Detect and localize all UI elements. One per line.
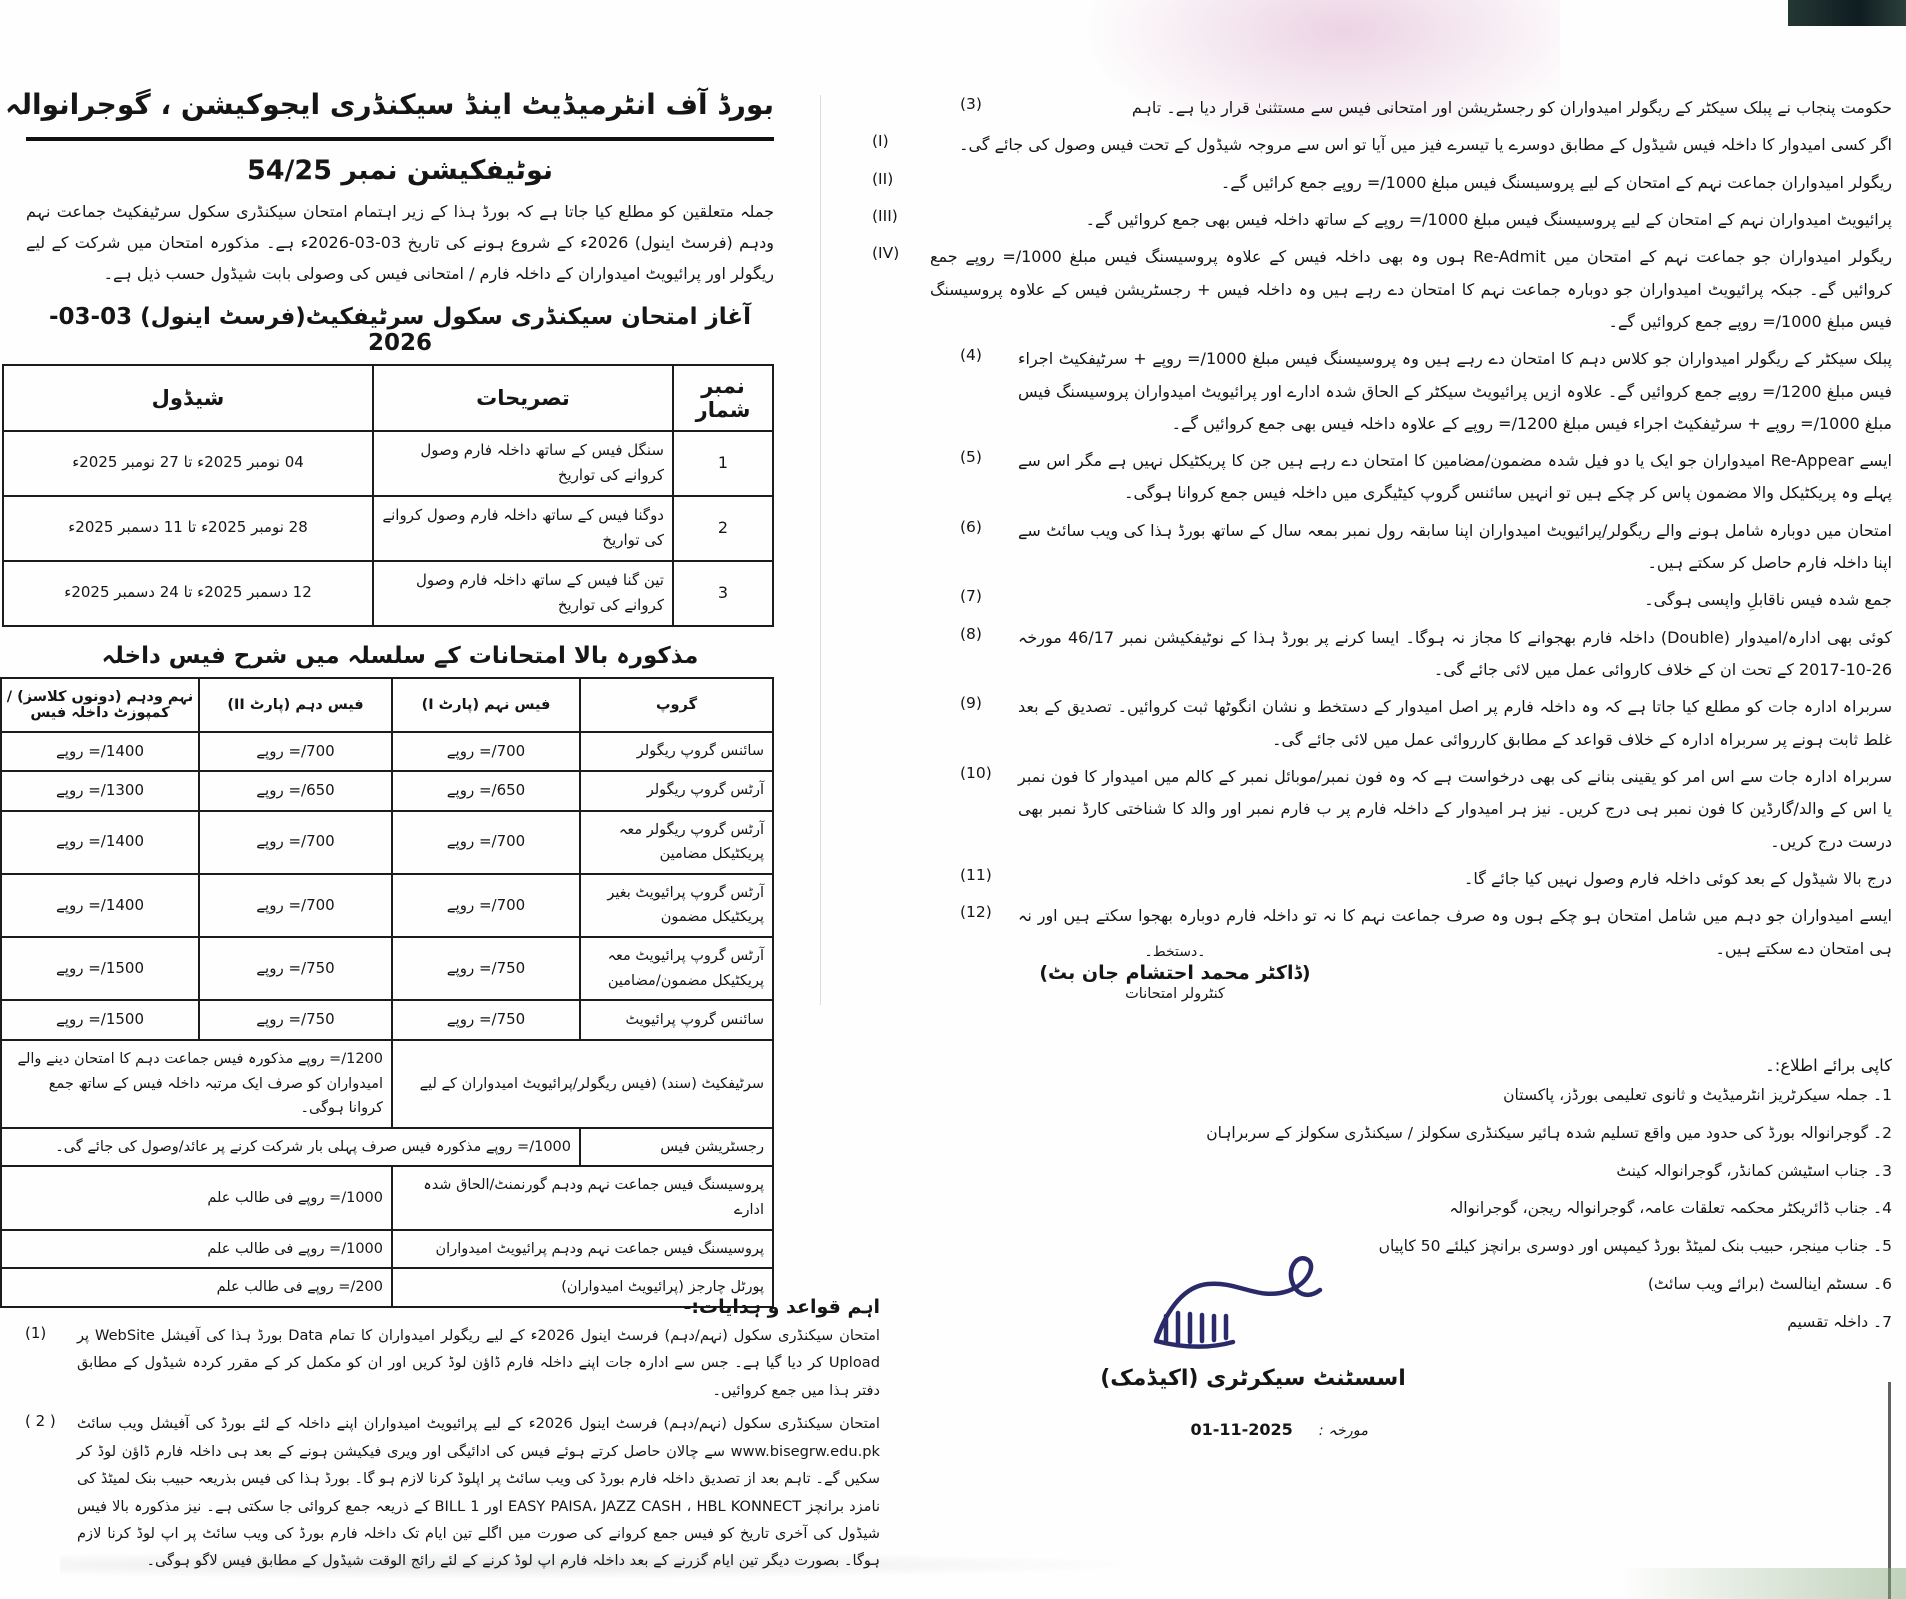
fees-extra-label: پروسیسنگ فیس جماعت نہم ودہم پرائیویٹ امی…	[392, 1230, 773, 1269]
point-item: (5) ایسے Re-Appear امیدواران جو ایک یا د…	[842, 445, 1892, 510]
signature-label: ۔دستخط۔	[1020, 944, 1330, 960]
fees-extra-value: 1000/= روپے مذکورہ فیس صرف پہلی بار شرکت…	[1, 1128, 580, 1167]
point-number: (3)	[960, 92, 1018, 124]
point-number: (II)	[872, 167, 930, 199]
schedule-row: 2 دوگنا فیس کے ساتھ داخلہ فارم وصول کروا…	[3, 496, 773, 561]
fees-cell-group: آرٹس گروپ ریگولر معہ پریکٹیکل مضامین	[580, 811, 773, 874]
schedule-row: 1 سنگل فیس کے ساتھ داخلہ فارم وصول کروان…	[3, 431, 773, 496]
intro-paragraph: جملہ متعلقین کو مطلع کیا جاتا ہے کہ بورڈ…	[26, 196, 774, 290]
schedule-heading: آغاز امتحان سیکنڈری سکول سرٹیفکیٹ(فرسٹ ا…	[26, 304, 774, 356]
schedule-cell-description: دوگنا فیس کے ساتھ داخلہ فارم وصول کروانے…	[373, 496, 673, 561]
point-item: (12) ایسے امیدواران جو دہم میں شامل امتح…	[842, 900, 1892, 965]
point-subitem: (II) ریگولر امیدواران جماعت نہم کے امتحا…	[842, 167, 1892, 199]
fees-cell-part2: 700/= روپے	[199, 732, 392, 772]
fees-cell-part1: 700/= روپے	[392, 811, 580, 874]
schedule-cell-serial: 1	[673, 431, 773, 496]
date-row: مورخہ : 01-11-2025	[1108, 1420, 1368, 1439]
point-number: (11)	[960, 863, 1018, 895]
fees-cell-part2: 700/= روپے	[199, 874, 392, 937]
notification-number-heading: نوٹیفکیشن نمبر 54/25	[26, 155, 774, 186]
board-title: بورڈ آف انٹرمیڈیٹ اینڈ سیکنڈری ایجوکیشن …	[26, 88, 774, 141]
fees-extra-value: 1000/= روپے فی طالب علم	[1, 1166, 392, 1229]
copy-item: 3۔ جناب اسٹیشن کمانڈر، گوجرانوالہ کینٹ	[1120, 1159, 1892, 1184]
instructions-heading: اہم قواعد و ہدایات:-	[25, 1296, 880, 1318]
instruction-text: امتحان سیکنڈری سکول (نہم/دہم) فرسٹ اینول…	[77, 1410, 880, 1575]
copy-item: 1۔ جملہ سیکرٹریز انٹرمیڈیٹ و ثانوی تعلیم…	[1120, 1083, 1892, 1108]
controller-signature-block: ۔دستخط۔ (ڈاکٹر محمد احتشام جان بٹ) کنٹرو…	[1020, 944, 1330, 1002]
point-text: درج بالا شیڈول کے بعد کوئی داخلہ فارم وص…	[1018, 863, 1892, 895]
fees-extra-row: سرٹیفکیٹ (سند) (فیس ریگولر/پرائیویٹ امید…	[1, 1040, 773, 1128]
fees-table: گروپ فیس نہم (پارٹ I) فیس دہم (پارٹ II) …	[0, 677, 774, 1308]
point-item: (4) پبلک سیکٹر کے ریگولر امیدواران جو کل…	[842, 343, 1892, 440]
instruction-number: (1)	[25, 1322, 77, 1404]
point-number: (10)	[960, 761, 1018, 858]
schedule-header-schedule: شیڈول	[3, 365, 373, 431]
point-text: پبلک سیکٹر کے ریگولر امیدواران جو کلاس د…	[1018, 343, 1892, 440]
schedule-cell-serial: 3	[673, 561, 773, 626]
fees-cell-part2: 700/= روپے	[199, 811, 392, 874]
fees-row: سائنس گروپ ریگولر 700/= روپے 700/= روپے …	[1, 732, 773, 772]
fees-cell-part1: 700/= روپے	[392, 732, 580, 772]
fees-heading: مذکورہ بالا امتحانات کے سلسلہ میں شرح فی…	[26, 643, 774, 669]
fees-extra-label: پروسیسنگ فیس جماعت نہم ودہم گورنمنٹ/الحا…	[392, 1166, 773, 1229]
date-label: مورخہ :	[1319, 1423, 1368, 1439]
copy-item: 2۔ گوجرانوالہ بورڈ کی حدود میں واقع تسلی…	[1120, 1121, 1892, 1146]
scan-edge-line	[1888, 1382, 1891, 1599]
point-item: (6) امتحان میں دوبارہ شامل ہونے والے ریگ…	[842, 515, 1892, 580]
fees-cell-composite: 1500/= روپے	[1, 1000, 199, 1040]
schedule-header-row: نمبر شمار تصریحات شیڈول	[3, 365, 773, 431]
fees-cell-group: سائنس گروپ ریگولر	[580, 732, 773, 772]
point-item: (7) جمع شدہ فیس ناقابلِ واپسی ہوگی۔	[842, 584, 1892, 616]
fees-extra-row: پروسیسنگ فیس جماعت نہم ودہم پرائیویٹ امی…	[1, 1230, 773, 1269]
controller-title: کنٹرولر امتحانات	[1020, 986, 1330, 1002]
point-number: (7)	[960, 584, 1018, 616]
fees-cell-composite: 1400/= روپے	[1, 874, 199, 937]
handwritten-signature-scribble	[1138, 1246, 1348, 1366]
fees-extra-value: 1200/= روپے مذکورہ فیس جماعت دہم کا امتح…	[1, 1040, 392, 1128]
point-number: (5)	[960, 445, 1018, 510]
point-text: اگر کسی امیدوار کا داخلہ فیس شیڈول کے مط…	[930, 129, 1892, 161]
point-text: ریگولر امیدواران جو جماعت نہم کے امتحان …	[930, 241, 1892, 338]
fees-cell-group: آرٹس گروپ پرائیویٹ بغیر پریکٹیکل مضمون	[580, 874, 773, 937]
point-number: (8)	[960, 622, 1018, 687]
point-text: امتحان میں دوبارہ شامل ہونے والے ریگولر/…	[1018, 515, 1892, 580]
point-number: (6)	[960, 515, 1018, 580]
point-text: ریگولر امیدواران جماعت نہم کے امتحان کے …	[930, 167, 1892, 199]
point-number: (I)	[872, 129, 930, 161]
fees-cell-group: سائنس گروپ پرائیویٹ	[580, 1000, 773, 1040]
fees-cell-composite: 1400/= روپے	[1, 732, 199, 772]
fees-cell-part1: 700/= روپے	[392, 874, 580, 937]
point-item: (8) کوئی بھی ادارہ/امیدوار (Double) داخل…	[842, 622, 1892, 687]
assistant-secretary-title: اسسٹنٹ سیکرٹری (اکیڈمک)	[1088, 1366, 1418, 1391]
copies-heading: کاپی برائے اطلاع:۔	[1120, 1056, 1892, 1075]
scan-smudge-bottom	[1620, 1568, 1906, 1599]
fees-extra-label: سرٹیفکیٹ (سند) (فیس ریگولر/پرائیویٹ امید…	[392, 1040, 773, 1128]
fees-row: آرٹس گروپ پرائیویٹ معہ پریکٹیکل مضمون/مض…	[1, 937, 773, 1000]
fees-row: آرٹس گروپ ریگولر 650/= روپے 650/= روپے 1…	[1, 771, 773, 811]
fees-extra-row: پروسیسنگ فیس جماعت نہم ودہم گورنمنٹ/الحا…	[1, 1166, 773, 1229]
fees-cell-part1: 650/= روپے	[392, 771, 580, 811]
left-column: بورڈ آف انٹرمیڈیٹ اینڈ سیکنڈری ایجوکیشن …	[26, 88, 774, 1308]
controller-name: (ڈاکٹر محمد احتشام جان بٹ)	[1020, 962, 1330, 984]
point-number: (IV)	[872, 241, 930, 338]
page-fold-line	[820, 95, 821, 1005]
fees-header-row: گروپ فیس نہم (پارٹ I) فیس دہم (پارٹ II) …	[1, 678, 773, 732]
point-item: (10) سربراہ ادارہ جات سے اس امر کو یقینی…	[842, 761, 1892, 858]
fees-extra-label: رجسٹریشن فیس	[580, 1128, 773, 1167]
fees-cell-part2: 750/= روپے	[199, 937, 392, 1000]
scanned-notification-page: بورڈ آف انٹرمیڈیٹ اینڈ سیکنڈری ایجوکیشن …	[0, 0, 1906, 1599]
fees-header-part2: فیس دہم (پارٹ II)	[199, 678, 392, 732]
point-text: پرائیویٹ امیدواران نہم کے امتحان کے لیے …	[930, 204, 1892, 236]
point-number: (12)	[960, 900, 1018, 965]
fees-cell-part1: 750/= روپے	[392, 937, 580, 1000]
point-item: (9) سربراہ ادارہ جات کو مطلع کیا جاتا ہے…	[842, 691, 1892, 756]
schedule-cell-dates: 28 نومبر 2025ء تا 11 دسمبر 2025ء	[3, 496, 373, 561]
point-text: سربراہ ادارہ جات سے اس امر کو یقینی بنان…	[1018, 761, 1892, 858]
schedule-row: 3 تین گنا فیس کے ساتھ داخلہ فارم وصول کر…	[3, 561, 773, 626]
right-column: (3) حکومت پنجاب نے پبلک سیکٹر کے ریگولر …	[842, 92, 1892, 970]
schedule-cell-dates: 12 دسمبر 2025ء تا 24 دسمبر 2025ء	[3, 561, 373, 626]
fees-extra-row: رجسٹریشن فیس 1000/= روپے مذکورہ فیس صرف …	[1, 1128, 773, 1167]
point-item: (11) درج بالا شیڈول کے بعد کوئی داخلہ فا…	[842, 863, 1892, 895]
fees-cell-group: آرٹس گروپ پرائیویٹ معہ پریکٹیکل مضمون/مض…	[580, 937, 773, 1000]
schedule-table: نمبر شمار تصریحات شیڈول 1 سنگل فیس کے سا…	[2, 364, 774, 627]
fees-cell-composite: 1300/= روپے	[1, 771, 199, 811]
fees-header-composite: نہم ودہم (دونوں کلاسز) / کمپوزٹ داخلہ فی…	[1, 678, 199, 732]
fees-cell-part2: 750/= روپے	[199, 1000, 392, 1040]
point-text: جمع شدہ فیس ناقابلِ واپسی ہوگی۔	[1018, 584, 1892, 616]
fees-cell-part2: 650/= روپے	[199, 771, 392, 811]
instruction-text: امتحان سیکنڈری سکول (نہم/دہم) فرسٹ اینول…	[77, 1322, 880, 1404]
schedule-cell-description: سنگل فیس کے ساتھ داخلہ فارم وصول کروانے …	[373, 431, 673, 496]
fees-extra-value: 1000/= روپے فی طالب علم	[1, 1230, 392, 1269]
instruction-number: ( 2 )	[25, 1410, 77, 1575]
fees-header-part1: فیس نہم (پارٹ I)	[392, 678, 580, 732]
instruction-item: ( 2 ) امتحان سیکنڈری سکول (نہم/دہم) فرسٹ…	[25, 1410, 880, 1575]
fees-row: آرٹس گروپ ریگولر معہ پریکٹیکل مضامین 700…	[1, 811, 773, 874]
date-value: 01-11-2025	[1190, 1420, 1292, 1439]
point-text: سربراہ ادارہ جات کو مطلع کیا جاتا ہے کہ …	[1018, 691, 1892, 756]
point-number: (9)	[960, 691, 1018, 756]
copy-item: 4۔ جناب ڈائریکٹر محکمہ تعلقات عامہ، گوجر…	[1120, 1196, 1892, 1221]
point-item: (3) حکومت پنجاب نے پبلک سیکٹر کے ریگولر …	[842, 92, 1892, 124]
schedule-cell-description: تین گنا فیس کے ساتھ داخلہ فارم وصول کروا…	[373, 561, 673, 626]
fees-row: سائنس گروپ پرائیویٹ 750/= روپے 750/= روپ…	[1, 1000, 773, 1040]
schedule-header-description: تصریحات	[373, 365, 673, 431]
point-text: کوئی بھی ادارہ/امیدوار (Double) داخلہ فا…	[1018, 622, 1892, 687]
schedule-cell-dates: 04 نومبر 2025ء تا 27 نومبر 2025ء	[3, 431, 373, 496]
fees-row: آرٹس گروپ پرائیویٹ بغیر پریکٹیکل مضمون 7…	[1, 874, 773, 937]
fees-cell-part1: 750/= روپے	[392, 1000, 580, 1040]
instruction-item: (1) امتحان سیکنڈری سکول (نہم/دہم) فرسٹ ا…	[25, 1322, 880, 1404]
schedule-header-serial: نمبر شمار	[673, 365, 773, 431]
important-instructions-section: اہم قواعد و ہدایات:- (1) امتحان سیکنڈری …	[25, 1296, 880, 1581]
schedule-cell-serial: 2	[673, 496, 773, 561]
point-subitem: (III) پرائیویٹ امیدواران نہم کے امتحان ک…	[842, 204, 1892, 236]
point-text: حکومت پنجاب نے پبلک سیکٹر کے ریگولر امید…	[1018, 92, 1892, 124]
point-number: (4)	[960, 343, 1018, 440]
point-text: ایسے Re-Appear امیدواران جو ایک یا دو فی…	[1018, 445, 1892, 510]
fees-header-group: گروپ	[580, 678, 773, 732]
fees-cell-group: آرٹس گروپ ریگولر	[580, 771, 773, 811]
fees-cell-composite: 1500/= روپے	[1, 937, 199, 1000]
point-number: (III)	[872, 204, 930, 236]
fees-cell-composite: 1400/= روپے	[1, 811, 199, 874]
point-subitem: (IV) ریگولر امیدواران جو جماعت نہم کے ام…	[842, 241, 1892, 338]
scan-dark-corner	[1788, 0, 1906, 26]
point-subitem: (I) اگر کسی امیدوار کا داخلہ فیس شیڈول ک…	[842, 129, 1892, 161]
